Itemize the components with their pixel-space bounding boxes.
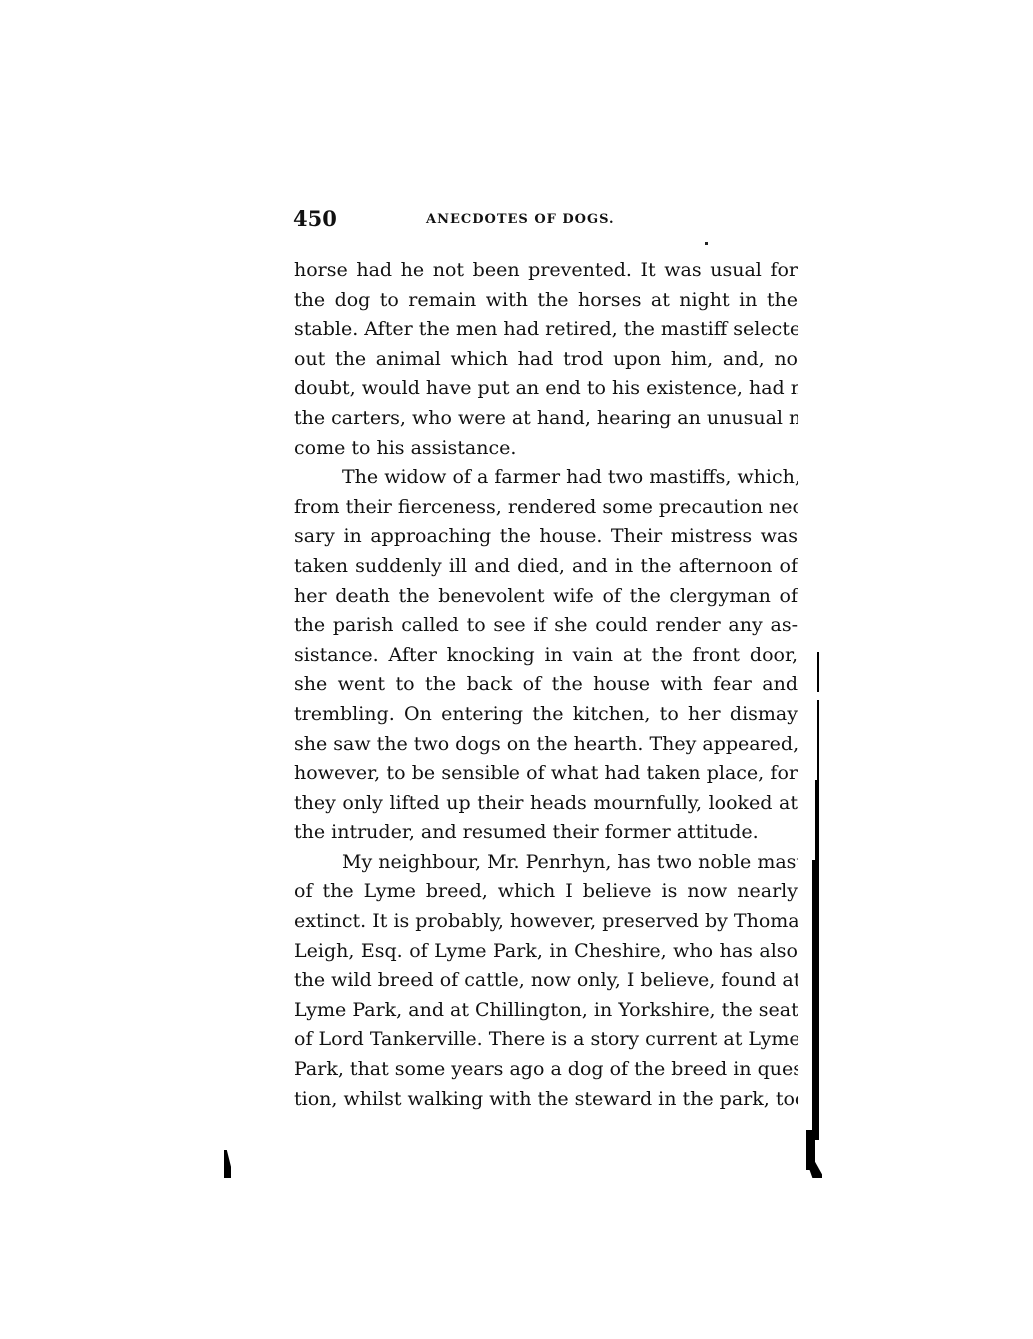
text-line: her death the benevolent wife of the cle… <box>294 582 798 612</box>
text-line: taken suddenly ill and died, and in the … <box>294 552 798 582</box>
text-line: the dog to remain with the horses at nig… <box>294 286 798 316</box>
page-number: 450 <box>293 206 337 231</box>
text-line: come to his assistance. <box>294 434 798 464</box>
page-header: 450 ANECDOTES OF DOGS. <box>293 206 798 236</box>
text-line: trembling. On entering the kitchen, to h… <box>294 700 798 730</box>
text-line: she went to the back of the house with f… <box>294 670 798 700</box>
text-line: Leigh, Esq. of Lyme Park, in Cheshire, w… <box>294 937 798 967</box>
text-line: of the Lyme breed, which I believe is no… <box>294 877 798 907</box>
page-edge-shadow <box>817 700 819 780</box>
text-line: of Lord Tankerville. There is a story cu… <box>294 1025 798 1055</box>
text-line: tion, whilst walking with the steward in… <box>294 1085 798 1115</box>
scan-speck <box>705 242 708 245</box>
page-edge-shadow <box>817 652 819 692</box>
paragraph-3: My neighbour, Mr. Penrhyn, has two noble… <box>294 848 798 1114</box>
page-body: horse had he not been prevented. It was … <box>294 256 798 1114</box>
text-line: horse had he not been prevented. It was … <box>294 256 798 286</box>
text-line: from their fierceness, rendered some pre… <box>294 493 798 523</box>
page-edge-shadow <box>815 780 819 870</box>
running-title: ANECDOTES OF DOGS. <box>426 212 615 227</box>
scan-mark <box>224 1150 231 1178</box>
paragraph-1: horse had he not been prevented. It was … <box>294 256 798 463</box>
text-line: out the animal which had trod upon him, … <box>294 345 798 375</box>
text-line: The widow of a farmer had two mastiffs, … <box>294 463 798 493</box>
page-edge-shadow <box>812 860 819 1140</box>
text-line: the carters, who were at hand, hearing a… <box>294 404 798 434</box>
text-line: the intruder, and resumed their former a… <box>294 818 798 848</box>
text-line: however, to be sensible of what had take… <box>294 759 798 789</box>
text-line: Lyme Park, and at Chillington, in Yorksh… <box>294 996 798 1026</box>
text-line: My neighbour, Mr. Penrhyn, has two noble… <box>294 848 798 878</box>
text-line: doubt, would have put an end to his exis… <box>294 374 798 404</box>
text-line: extinct. It is probably, however, preser… <box>294 907 798 937</box>
text-line: the parish called to see if she could re… <box>294 611 798 641</box>
text-line: sary in approaching the house. Their mis… <box>294 522 798 552</box>
text-line: the wild breed of cattle, now only, I be… <box>294 966 798 996</box>
text-line: stable. After the men had retired, the m… <box>294 315 798 345</box>
text-line: they only lifted up their heads mournful… <box>294 789 798 819</box>
text-line: sistance. After knocking in vain at the … <box>294 641 798 671</box>
text-line: Park, that some years ago a dog of the b… <box>294 1055 798 1085</box>
text-line: she saw the two dogs on the hearth. They… <box>294 730 798 760</box>
paragraph-2: The widow of a farmer had two mastiffs, … <box>294 463 798 848</box>
